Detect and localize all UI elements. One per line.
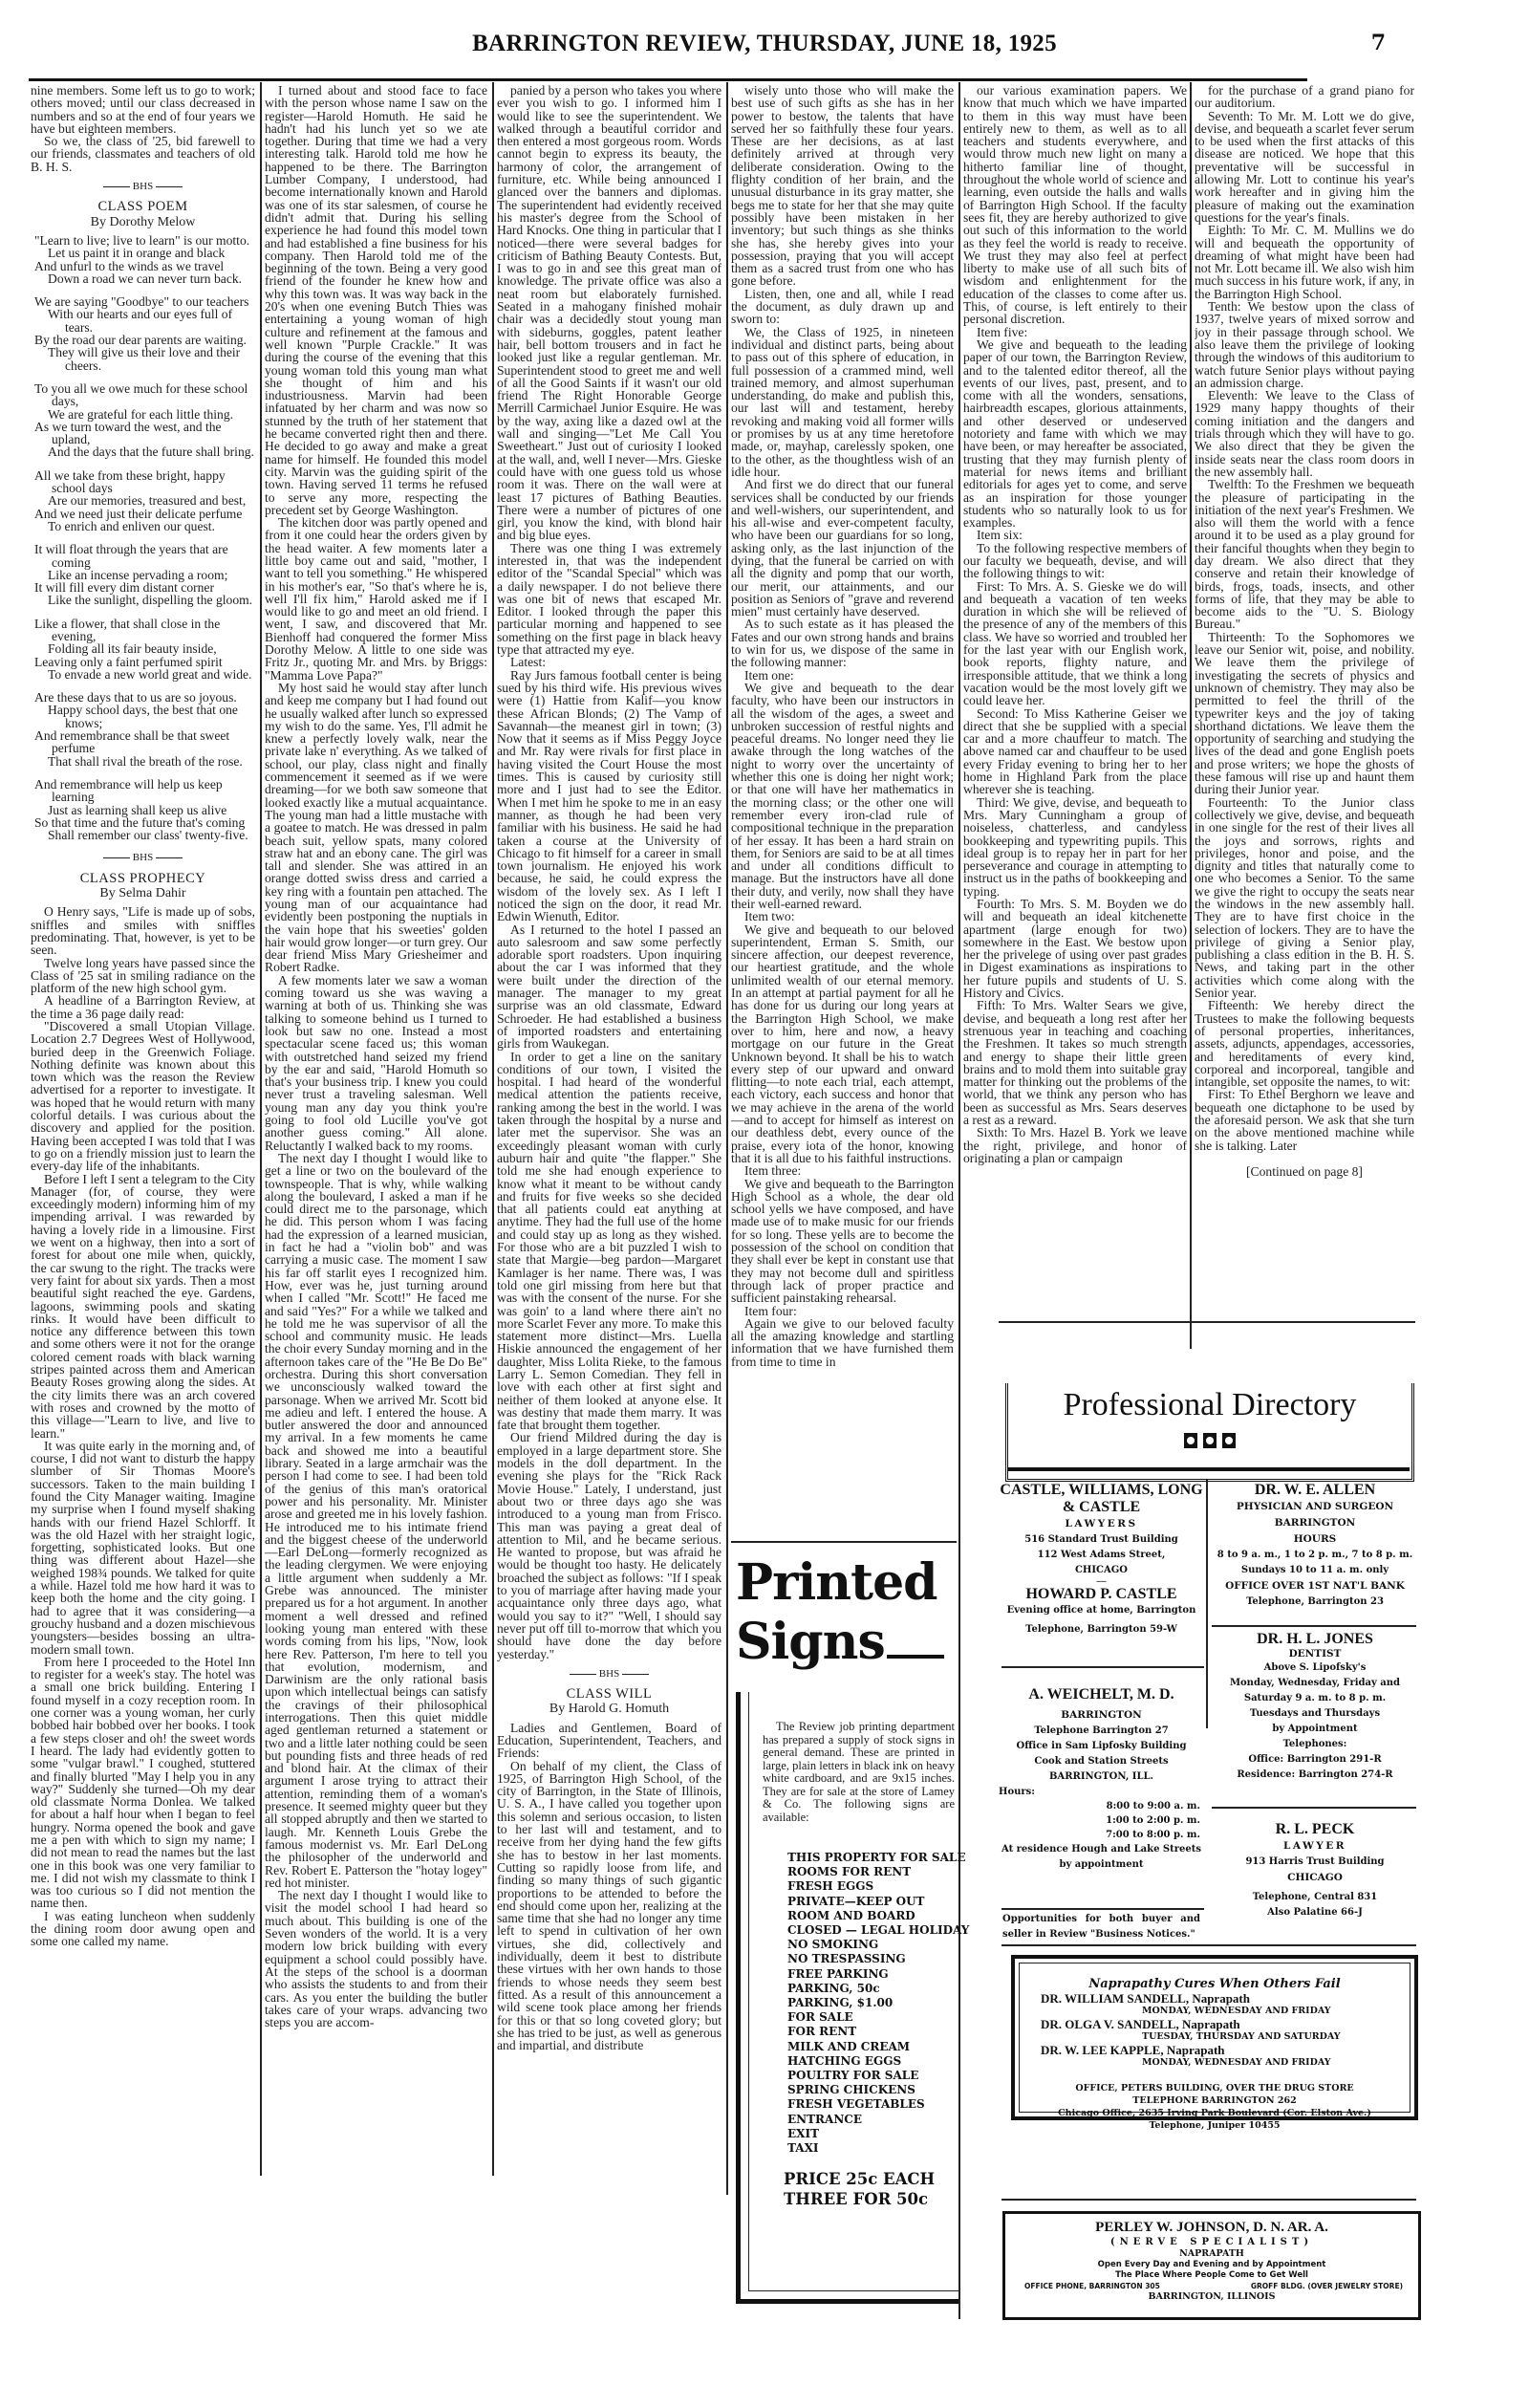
poem-line: Are these days that to us are so joyous. xyxy=(31,691,255,704)
section-separator: BHS xyxy=(497,1668,721,1681)
hours-line: 8:00 to 9:00 a. m. xyxy=(999,1799,1200,1813)
column-5: our various examination papers. We know … xyxy=(963,84,1187,1356)
sign-item: EXIT xyxy=(787,2127,958,2141)
sign-item: ENTRANCE xyxy=(787,2113,958,2127)
masthead: BARRINGTON REVIEW, THURSDAY, JUNE 18, 19… xyxy=(143,29,1386,80)
paragraph: First: To Ethel Berghorn we leave and be… xyxy=(1195,1088,1414,1151)
class-will-continued: wisely unto those who will make the best… xyxy=(731,84,954,1368)
paragraph: I turned about and stood face to face wi… xyxy=(265,84,487,516)
paragraph: On behalf of my client, the Class of 192… xyxy=(497,1760,721,2052)
class-prophecy-title: CLASS PROPHECY xyxy=(31,873,255,885)
poem-line: Down a road we can never turn back. xyxy=(31,272,255,285)
paragraph: Fifteenth: We hereby direct the Trustees… xyxy=(1195,999,1414,1088)
paragraph: In order to get a line on the sanitary c… xyxy=(497,1051,721,1432)
paragraph: Eleventh: We leave to the Class of 1929 … xyxy=(1195,389,1414,478)
paragraph: for the purchase of a grand piano for ou… xyxy=(1195,84,1414,110)
directory-title: Professional Directory xyxy=(1008,1387,1411,1423)
signs-ad-box: The Review job printing department has p… xyxy=(736,1692,958,2304)
paragraph: Item three: xyxy=(731,1164,954,1177)
listing-weichelt: A. WEICHELT, M. D. BARRINGTON Telephone … xyxy=(999,1686,1204,1873)
paragraph: Tenth: We bestow upon the class of 1937,… xyxy=(1195,300,1414,389)
paragraph: nine members. Some left us to go to work… xyxy=(31,84,255,135)
section-separator: BHS xyxy=(31,852,255,864)
poem-stanza: Are these days that to us are so joyous.… xyxy=(31,691,255,768)
ornament-icon xyxy=(1203,1433,1217,1448)
directory-rule xyxy=(1008,1467,1410,1471)
paragraph: As I returned to the hotel I passed an a… xyxy=(497,923,721,1051)
paragraph: I was eating luncheon when suddenly the … xyxy=(31,1910,255,1948)
poem-line: They will give us their love and their c… xyxy=(31,346,255,372)
poem-line: Just as learning shall keep us alive xyxy=(31,804,255,816)
newspaper-title: BARRINGTON REVIEW, THURSDAY, JUNE 18, 19… xyxy=(143,31,1386,57)
poem-line: Are our memories, treasured and best, xyxy=(31,494,255,507)
naprapath-name: DR. W. LEE KAPPLE, Naprapath xyxy=(1041,2043,1410,2057)
sign-item: TAXI xyxy=(787,2141,958,2156)
column-6: for the purchase of a grand piano for ou… xyxy=(1195,84,1414,1356)
poem-stanza: Like a flower, that shall close in the e… xyxy=(31,618,255,681)
sign-item: PRIVATE—KEEP OUT xyxy=(787,1895,958,1909)
sign-item: ROOM AND BOARD xyxy=(787,1909,958,1923)
sign-item: FRESH EGGS xyxy=(787,1879,958,1894)
paragraph: Item two: xyxy=(731,910,954,922)
paragraph: Ladies and Gentlemen, Board of Education… xyxy=(497,1722,721,1760)
sign-item: ROOMS FOR RENT xyxy=(787,1865,958,1879)
paragraph: Before I left I sent a telegram to the C… xyxy=(31,1173,255,1440)
poem-line: Folding all its fair beauty inside, xyxy=(31,642,255,655)
paragraph: Eighth: To Mr. C. M. Mullins we do will … xyxy=(1195,224,1414,300)
column-4: wisely unto those who will make the best… xyxy=(731,84,954,1537)
poem-line: To enrich and enliven our quest. xyxy=(31,520,255,532)
ornament-icon xyxy=(1184,1433,1197,1448)
sign-item: HATCHING EGGS xyxy=(787,2054,958,2069)
listing-rule xyxy=(1212,1807,1416,1809)
poem-line: And the days that the future shall bring… xyxy=(31,445,255,458)
paragraph: Again we give to our beloved faculty all… xyxy=(731,1317,954,1368)
paragraph: Item six: xyxy=(963,529,1187,541)
paragraph: The next day I thought I would like to v… xyxy=(265,1889,487,2028)
poem-line: Happy school days, the best that one kno… xyxy=(31,704,255,729)
listing-rule xyxy=(1001,1908,1204,1910)
poem-stanza: It will float through the years that are… xyxy=(31,543,255,606)
column-divider xyxy=(492,82,494,2176)
paragraph: Latest: xyxy=(497,656,721,668)
hours-line: 1:00 to 2:00 p. m. xyxy=(999,1813,1200,1828)
sign-item: PARKING, $1.00 xyxy=(787,1996,958,2010)
paragraph: A few moments later we saw a woman comin… xyxy=(265,974,487,1152)
paragraph: "Discovered a small Utopian Village. Loc… xyxy=(31,1020,255,1173)
poem-line: And remembrance will help us keep learni… xyxy=(31,778,255,804)
poem-line: Shall remember our class' twenty-five. xyxy=(31,829,255,841)
sign-item: MILK AND CREAM xyxy=(787,2040,958,2054)
ad-headline: Printed Signs xyxy=(736,1553,958,1672)
poem-line: To you all we owe much for these school … xyxy=(31,382,255,408)
class-will-continued: for the purchase of a grand piano for ou… xyxy=(1195,84,1414,1152)
poem-line: To envade a new world great and wide. xyxy=(31,668,255,681)
paragraph: As to such estate as it has pleased the … xyxy=(731,618,954,668)
page-number: 7 xyxy=(1371,31,1386,55)
paragraph: We give and bequeath to the leading pape… xyxy=(963,338,1187,529)
business-notices-promo: Opportunities for both buyer and seller … xyxy=(999,1912,1204,1942)
naprapath-days: MONDAY, WEDNESDAY AND FRIDAY xyxy=(1142,2006,1410,2017)
poem-line: And unfurl to the winds as we travel xyxy=(31,260,255,272)
paragraph: wisely unto those who will make the best… xyxy=(731,84,954,288)
class-will-title: CLASS WILL xyxy=(497,1688,721,1701)
signs-ad-intro: The Review job printing department has p… xyxy=(763,1721,955,1824)
listing-castle-williams: CASTLE, WILLIAMS, LONG & CASTLE LAWYERS … xyxy=(999,1482,1204,1638)
paragraph: Item one: xyxy=(731,669,954,682)
office-hours: Hours: 8:00 to 9:00 a. m.1:00 to 2:00 p.… xyxy=(999,1785,1204,1842)
column-1: nine members. Some left us to go to work… xyxy=(31,84,255,2168)
class-will-continued: our various examination papers. We know … xyxy=(963,84,1187,1164)
poem-stanza: We are saying "Goodbye" to our teachersW… xyxy=(31,295,255,372)
poem-line: And we need just their delicate perfume xyxy=(31,508,255,520)
paragraph: The kitchen door was partly opened and f… xyxy=(265,516,487,682)
paragraph: We give and bequeath to the dear faculty… xyxy=(731,682,954,910)
paragraph: It was quite early in the morning and, o… xyxy=(31,1440,255,1656)
column-divider xyxy=(726,82,728,2195)
paragraph: O Henry says, "Life is made up of sobs, … xyxy=(31,905,255,956)
sign-item: SPRING CHICKENS xyxy=(787,2083,958,2097)
continued-notice: [Continued on page 8] xyxy=(1195,1165,1414,1178)
poem-stanza: To you all we owe much for these school … xyxy=(31,382,255,459)
column-divider xyxy=(1190,82,1192,1349)
sign-item: NO TRESPASSING xyxy=(787,1952,958,1966)
poem-line: Like a flower, that shall close in the e… xyxy=(31,618,255,643)
listing-jones: DR. H. L. JONES DENTIST Above S. Lipofsk… xyxy=(1214,1631,1416,1783)
paragraph: The next day I thought I would like to g… xyxy=(265,1152,487,1889)
class-prophecy-continued: I turned about and stood face to face wi… xyxy=(265,84,487,2028)
listing-rule xyxy=(1001,1666,1204,1668)
paragraph: Second: To Miss Katherine Geiser we dire… xyxy=(963,707,1187,796)
paragraph: Our friend Mildred during the day is emp… xyxy=(497,1431,721,1660)
paragraph: Listen, then, one and all, while I read … xyxy=(731,288,954,326)
section-rule xyxy=(731,1541,957,1543)
class-prophecy-body: O Henry says, "Life is made up of sobs, … xyxy=(31,905,255,1947)
column-3: panied by a person who takes you where e… xyxy=(497,84,721,2168)
poem-line: That shall rival the breath of the rose. xyxy=(31,755,255,768)
paragraph: Twelfth: To the Freshmen we bequeath the… xyxy=(1195,478,1414,631)
naprapath-days: MONDAY, WEDNESDAY AND FRIDAY xyxy=(1142,2057,1410,2069)
section-rule xyxy=(1001,2199,1416,2201)
printed-signs-ad: Printed Signs The Review job printing de… xyxy=(736,1553,958,2318)
sign-item: FREE PARKING xyxy=(787,1967,958,1982)
listing-peck: R. L. PECK LAWYER 913 Harris Trust Build… xyxy=(1214,1821,1416,1920)
poem-line: By the road our dear parents are waiting… xyxy=(31,334,255,346)
paragraph: Ray Jurs famous football center is being… xyxy=(497,669,721,923)
poem-line: As we turn toward the west, and the upla… xyxy=(31,421,255,446)
paragraph: Fourteenth: To the Junior class collecti… xyxy=(1195,796,1414,1000)
section-separator: BHS xyxy=(31,181,255,193)
sign-item: THIS PROPERTY FOR SALE xyxy=(787,1851,958,1865)
sign-item: NO SMOKING xyxy=(787,1938,958,1952)
paragraph: We give and bequeath to the Barrington H… xyxy=(731,1178,954,1305)
poem-line: It will float through the years that are… xyxy=(31,543,255,569)
poem-line: And remembrance shall be that sweet perf… xyxy=(31,729,255,755)
paragraph: And first we do direct that our funeral … xyxy=(731,478,954,618)
column-divider xyxy=(958,82,960,2319)
class-poem-byline: By Dorothy Melow xyxy=(31,216,255,228)
naprapathy-ad: Naprapathy Cures When Others Fail DR. WI… xyxy=(1011,1955,1418,2120)
sign-item: CLOSED — LEGAL HOLIDAY xyxy=(787,1923,958,1938)
johnson-naprapath-ad: PERLEY W. JOHNSON, D. N. AR. A. (NERVE S… xyxy=(1002,2211,1421,2320)
column-divider xyxy=(260,82,262,2176)
poem-line: All we take from these bright, happy sch… xyxy=(31,469,255,495)
paragraph: Fourth: To Mrs. S. M. Boyden we do will … xyxy=(963,898,1187,999)
class-poem: "Learn to live; live to learn" is our mo… xyxy=(31,234,255,841)
paragraph: Item five: xyxy=(963,326,1187,338)
ornament-row xyxy=(1008,1433,1411,1452)
signs-price: PRICE 25c EACH THREE FOR 50c xyxy=(784,2169,958,2209)
naprapathy-headline: Naprapathy Cures When Others Fail xyxy=(1020,1977,1410,1991)
poem-line: With our hearts and our eyes full of tea… xyxy=(31,308,255,334)
class-will-byline: By Harold G. Homuth xyxy=(497,1703,721,1715)
sign-item: FOR RENT xyxy=(787,2025,958,2039)
listing-rule xyxy=(1001,1944,1416,1946)
poem-line: "Learn to live; live to learn" is our mo… xyxy=(31,234,255,247)
class-will-body: Ladies and Gentlemen, Board of Education… xyxy=(497,1722,721,2052)
paragraph: Item four: xyxy=(731,1305,954,1317)
paragraph: our various examination papers. We know … xyxy=(963,84,1187,326)
poem-stanza: All we take from these bright, happy sch… xyxy=(31,469,255,532)
class-prophecy-continued: panied by a person who takes you where e… xyxy=(497,84,721,1660)
sign-item: POULTRY FOR SALE xyxy=(787,2069,958,2083)
poem-stanza: "Learn to live; live to learn" is our mo… xyxy=(31,234,255,285)
paragraph: There was one thing I was extremely inte… xyxy=(497,542,721,657)
paragraph: We give and bequeath to our beloved supe… xyxy=(731,923,954,1165)
paragraph: Fifth: To Mrs. Walter Sears we give, dev… xyxy=(963,999,1187,1126)
listing-rule xyxy=(1212,1625,1416,1627)
poem-line: Let us paint it in orange and black xyxy=(31,247,255,259)
poem-line: Like an incense pervading a room; xyxy=(31,569,255,581)
section-rule xyxy=(999,1321,1415,1323)
class-poem-title: CLASS POEM xyxy=(31,201,255,213)
paragraph: We, the Class of 1925, in nineteen indiv… xyxy=(731,326,954,479)
paragraph: Twelve long years have passed since the … xyxy=(31,957,255,995)
column-2: I turned about and stood face to face wi… xyxy=(265,84,487,2168)
sign-item: FOR SALE xyxy=(787,2010,958,2025)
paragraph: To the following respective members of o… xyxy=(963,542,1187,580)
paragraph: Thirteenth: To the Sophomores we leave o… xyxy=(1195,631,1414,796)
naprapath-name: DR. WILLIAM SANDELL, Naprapath xyxy=(1041,1991,1410,2006)
sign-item: FRESH VEGETABLES xyxy=(787,2097,958,2112)
naprapath-name: DR. OLGA V. SANDELL, Naprapath xyxy=(1041,2017,1410,2031)
poem-line: Leaving only a faint perfumed spirit xyxy=(31,656,255,668)
paragraph: A headline of a Barrington Review, at th… xyxy=(31,994,255,1020)
poem-stanza: And remembrance will help us keep learni… xyxy=(31,778,255,841)
poem-line: Like the sunlight, dispelling the gloom. xyxy=(31,594,255,606)
listing-allen: DR. W. E. ALLEN PHYSICIAN AND SURGEON BA… xyxy=(1214,1482,1416,1610)
ornament-icon xyxy=(1222,1433,1236,1448)
hours-line: 7:00 to 8:00 p. m. xyxy=(999,1828,1200,1842)
available-signs-list: THIS PROPERTY FOR SALEROOMS FOR RENTFRES… xyxy=(787,1851,958,2156)
paragraph: Third: We give, devise, and bequeath to … xyxy=(963,796,1187,898)
poem-line: We are saying "Goodbye" to our teachers xyxy=(31,295,255,308)
poem-line: We are grateful for each little thing. xyxy=(31,408,255,421)
poem-line: So that time and the future that's comin… xyxy=(31,816,255,829)
paragraph: panied by a person who takes you where e… xyxy=(497,84,721,542)
paragraph: From here I proceeded to the Hotel Inn t… xyxy=(31,1656,255,1910)
masthead-rule xyxy=(29,78,1307,81)
class-prophecy-byline: By Selma Dahir xyxy=(31,887,255,900)
paragraph: First: To Mrs. A. S. Gieske we do will a… xyxy=(963,580,1187,707)
naprapath-list: DR. WILLIAM SANDELL, NaprapathMONDAY, WE… xyxy=(1020,1991,1410,2069)
paragraph: Seventh: To Mr. M. Lott we do give, devi… xyxy=(1195,110,1414,225)
sign-item: PARKING, 50c xyxy=(787,1982,958,1996)
directory-divider xyxy=(1206,1480,1208,1728)
paragraph: So we, the class of '25, bid farewell to… xyxy=(31,135,255,173)
naprapath-days: TUESDAY, THURSDAY AND SATURDAY xyxy=(1142,2031,1410,2043)
listing-howard-castle: HOWARD P. CASTLE xyxy=(999,1586,1204,1603)
paragraph: My host said he would stay after lunch a… xyxy=(265,682,487,974)
paragraph: Sixth: To Mrs. Hazel B. York we leave th… xyxy=(963,1126,1187,1164)
poem-line: It will fill every dim distant corner xyxy=(31,581,255,594)
